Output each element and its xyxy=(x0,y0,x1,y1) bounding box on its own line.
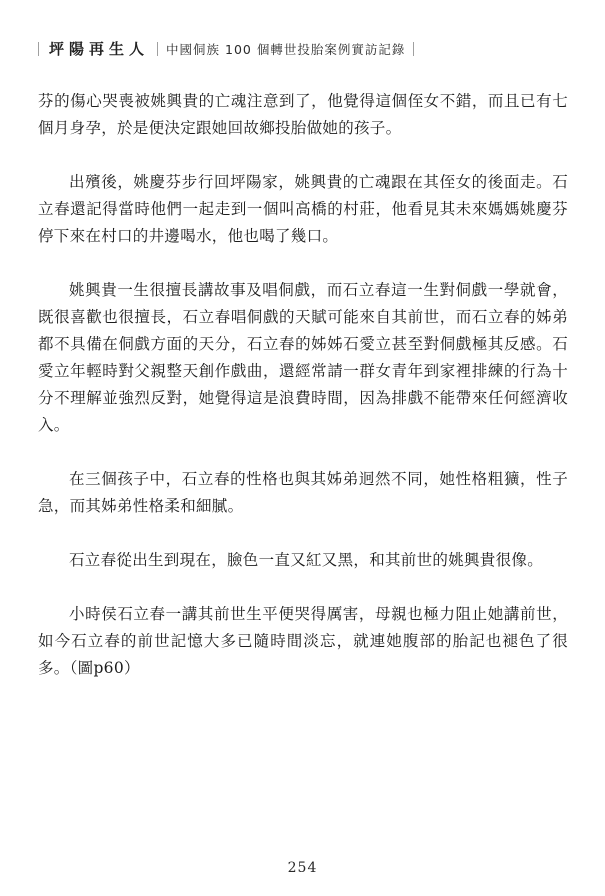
paragraph: 出殯後，姚慶芬步行回坪陽家，姚興貴的亡魂跟在其侄女的後面走。石立春還記得當時他們… xyxy=(38,169,568,250)
header-divider xyxy=(157,42,158,56)
paragraph: 石立春從出生到現在，臉色一直又紅又黑，和其前世的姚興貴很像。 xyxy=(38,547,568,574)
paragraph: 在三個孩子中，石立春的性格也與其姊弟迥然不同，她性格粗獷，性子急，而其姊弟性格柔… xyxy=(38,466,568,520)
series-title: 坪陽再生人 xyxy=(49,38,149,59)
page-number: 254 xyxy=(0,860,605,876)
header-divider xyxy=(38,42,39,56)
body-text: 芬的傷心哭喪被姚興貴的亡魂注意到了，他覺得這個侄女不錯，而且已有七個月身孕，於是… xyxy=(38,88,568,709)
paragraph: 姚興貴一生很擅長講故事及唱侗戲，而石立春這一生對侗戲一學就會，既很喜歡也很擅長，… xyxy=(38,277,568,439)
paragraph: 小時侯石立春一講其前世生平便哭得厲害，母親也極力阻止她講前世，如今石立春的前世記… xyxy=(38,601,568,682)
book-page: 坪陽再生人 中國侗族 100 個轉世投胎案例實訪記錄 芬的傷心哭喪被姚興貴的亡魂… xyxy=(0,0,605,896)
header-divider xyxy=(413,42,414,56)
paragraph: 芬的傷心哭喪被姚興貴的亡魂注意到了，他覺得這個侄女不錯，而且已有七個月身孕，於是… xyxy=(38,88,568,142)
running-header: 坪陽再生人 中國侗族 100 個轉世投胎案例實訪記錄 xyxy=(38,38,567,59)
book-subtitle: 中國侗族 100 個轉世投胎案例實訪記錄 xyxy=(166,40,405,58)
